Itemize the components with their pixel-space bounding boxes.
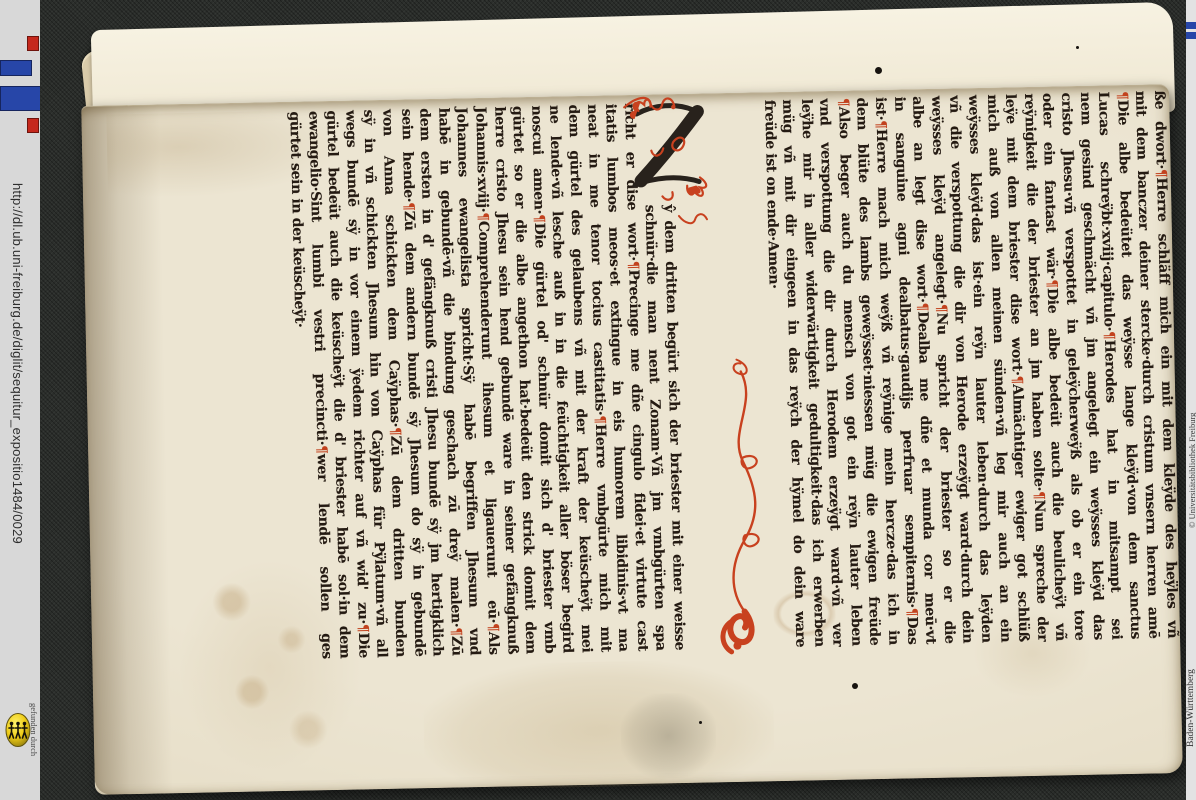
rubric-pilcrow: ¶ [1114,91,1130,100]
rubric-pilcrow: ¶ [914,302,930,311]
photo-area: ße dwort·¶Herre schläff mich ein mit dem… [40,0,1186,800]
stain [422,658,774,790]
registration-square-top [27,36,39,51]
copyright-label: © Universitätsbibliothek Freiburg [1187,413,1196,528]
rubric-pilcrow: ¶ [1153,169,1169,178]
rubric-pilcrow: ¶ [387,427,403,436]
rubric-pilcrow: ¶ [1031,491,1047,500]
stain [620,692,717,779]
gutter-shadow [81,105,173,794]
rubric-pilcrow: ¶ [485,623,501,632]
ink-dot [875,67,882,74]
scan-viewer: http://dl.ub.uni-freiburg.de/diglit/sequ… [0,0,1196,800]
registration-bar-short [0,60,32,76]
rubric-pilcrow: ¶ [1101,331,1117,340]
ink-speck [1076,46,1079,49]
ink-speck [699,721,702,724]
rubric-pilcrow: ¶ [448,627,464,636]
registration-square-bottom [27,118,39,133]
rubric-pilcrow: ¶ [835,98,851,107]
rubric-pilcrow: ¶ [1044,279,1060,288]
rubric-pilcrow: ¶ [400,202,416,211]
penwork-flourish [706,353,778,674]
text-block-1: ße dwort·¶Herre schläff mich ein mit dem… [759,90,1181,648]
region-label: Baden-Württemberg [1186,669,1196,747]
rubric-pilcrow: ¶ [1009,375,1025,384]
rubric-pilcrow: ¶ [903,608,919,617]
source-url-label: http://dl.ub.uni-freiburg.de/diglit/sequ… [10,183,25,544]
rubric-pilcrow: ¶ [531,214,547,223]
rubric-pilcrow: ¶ [355,624,371,633]
rubric-pilcrow: ¶ [313,445,329,454]
red-squiggle-line-end [677,207,709,228]
ink-speck [640,519,642,521]
rubric-pilcrow: ¶ [873,120,889,129]
ink-dot [852,683,858,689]
red-squiggle-margin [618,88,679,115]
figures-logo-icon [5,711,31,749]
rubric-pilcrow: ¶ [933,304,949,313]
rubric-pilcrow: ¶ [591,415,607,424]
rubric-pilcrow: ¶ [475,212,491,221]
rubric-pilcrow: ¶ [625,261,641,270]
page-text-rotated: ße dwort·¶Herre schläff mich ein mit dem… [285,90,1182,659]
